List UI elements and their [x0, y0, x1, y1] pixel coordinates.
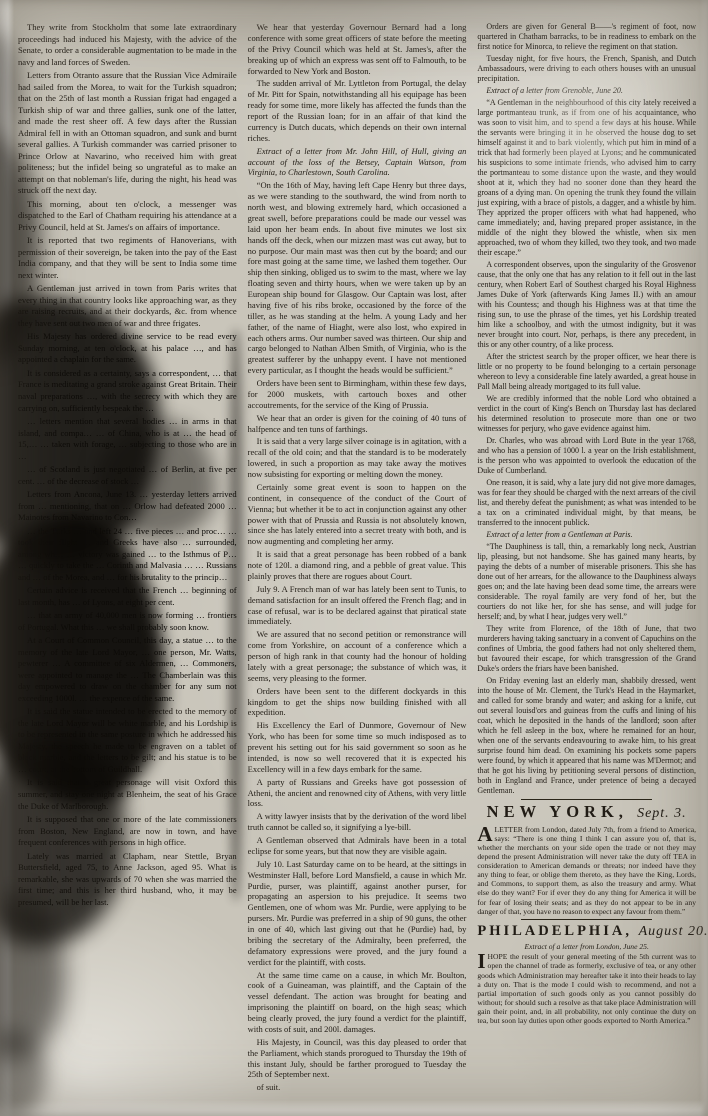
news-paragraph: Certain advice is received that the Fren… [18, 585, 237, 608]
news-paragraph: Orders have been sent to the different d… [248, 686, 467, 719]
news-paragraph: His Majesty, in Council, was this day pl… [248, 1037, 467, 1081]
column-right: Orders are given for General B——'s regim… [477, 22, 696, 1108]
news-paragraph: … of Scotland is just negotiated … of Be… [18, 464, 237, 487]
news-paragraph: It is said that a great personage will v… [18, 777, 237, 812]
news-paragraph: The sudden arrival of Mr. Lyttleton from… [248, 78, 467, 143]
news-paragraph: We hear that yesterday Governour Bernard… [248, 22, 467, 76]
news-paragraph: They write from Stockholm that some late… [18, 22, 237, 68]
paragraph-text: LETTER from London, dated July 7th, from… [477, 825, 696, 916]
news-paragraph: His Excellency the Earl of Dunmore, Gove… [248, 720, 467, 774]
news-paragraph: Extract of a letter from Mr. John Hill, … [248, 146, 467, 179]
news-paragraph: Dr. Charles, who was abroad with Lord Bu… [477, 436, 696, 476]
news-paragraph: On Friday evening last an elderly man, s… [477, 676, 696, 796]
news-paragraph: We are assured that no second petition o… [248, 629, 467, 683]
paragraph-text: HOPE the result of your general meeting … [477, 952, 696, 1025]
news-paragraph: of suit. [248, 1082, 467, 1093]
section-rule [521, 919, 652, 920]
news-paragraph: “On the 16th of May, having left Cape He… [248, 180, 467, 376]
news-paragraph: Certainly some great event is soon to ha… [248, 482, 467, 547]
letter-subhead: Extract of a letter from London, June 25… [477, 942, 696, 951]
news-paragraph: A party of Russians and Greeks have got … [248, 777, 467, 810]
news-paragraph: … the Turks … and left 24 … five pieces … [18, 526, 237, 584]
column-layout: They write from Stockholm that some late… [18, 22, 696, 1108]
news-paragraph: We hear that an order is given for the c… [248, 413, 467, 435]
dateline-date: August 20. [639, 924, 708, 939]
drop-cap: A [477, 825, 494, 842]
news-paragraph: Extract of a letter from Grenoble, June … [477, 86, 696, 96]
news-paragraph: This morning, about ten o'clock, a messe… [18, 199, 237, 234]
news-paragraph: … that an army of 40,000 men is now form… [18, 610, 237, 633]
news-paragraph: Orders have been sent to Birmingham, wit… [248, 378, 467, 411]
news-paragraph: “The Dauphiness is tall, thin, a remarka… [477, 542, 696, 622]
dateline-philadelphia: PHILADELPHIA, August 20. [477, 922, 696, 941]
news-paragraph: IHOPE the result of your general meeting… [477, 952, 696, 1025]
newspaper-page: They write from Stockholm that some late… [0, 0, 708, 1116]
dateline-date: Sept. 3. [637, 806, 687, 821]
news-paragraph: Tuesday night, for five hours, the Frenc… [477, 54, 696, 84]
news-paragraph: Letters from Otranto assure that the Rus… [18, 70, 237, 197]
news-paragraph: After the strictest search by the proper… [477, 352, 696, 392]
news-paragraph: It is supposed that one or more of the l… [18, 814, 237, 849]
news-paragraph: Orders are given for General B——'s regim… [477, 22, 696, 52]
dateline-new-york: NEW YORK, Sept. 3. [477, 802, 696, 823]
dateline-city: NEW YORK, [487, 802, 628, 821]
news-paragraph: We are credibly informed that the noble … [477, 394, 696, 434]
news-paragraph: A Gentleman observed that Admirals have … [248, 835, 467, 857]
column-middle: We hear that yesterday Governour Bernard… [248, 22, 467, 1108]
news-paragraph: … letters mention that several bodies … … [18, 416, 237, 462]
section-new-york: NEW YORK, Sept. 3. ALETTER from London, … [477, 799, 696, 916]
news-paragraph: Extract of a letter from a Gentleman at … [477, 530, 696, 540]
news-paragraph: July 9. A French man of war has lately b… [248, 584, 467, 628]
news-paragraph: Lately was married at Clapham, near Stet… [18, 851, 237, 909]
news-paragraph: It is reported that two regiments of Han… [18, 235, 237, 281]
drop-cap: I [477, 952, 487, 969]
news-paragraph: It is said that a great personage has be… [248, 549, 467, 582]
news-paragraph: “A Gentleman in the neighbourhood of thi… [477, 98, 696, 258]
dateline-city: PHILADELPHIA, [477, 923, 632, 939]
news-paragraph: It is considered as a certainty, says a … [18, 368, 237, 414]
news-paragraph: At a Court of Common Council, this day, … [18, 635, 237, 704]
news-paragraph: ALETTER from London, dated July 7th, fro… [477, 825, 696, 916]
column-left: They write from Stockholm that some late… [18, 22, 237, 1108]
news-paragraph: His Majesty has ordered divine service t… [18, 331, 237, 366]
news-paragraph: A Gentleman just arrived in town from Pa… [18, 283, 237, 329]
news-paragraph: July 10. Last Saturday came on to be hea… [248, 859, 467, 968]
news-paragraph: A witty lawyer insists that by the deriv… [248, 811, 467, 833]
news-paragraph: It is said the statue intended to be ere… [18, 706, 237, 775]
section-rule [521, 799, 652, 800]
news-paragraph: At the same time came on a cause, in whi… [248, 970, 467, 1035]
column-right-news: Orders are given for General B——'s regim… [477, 22, 696, 796]
news-paragraph: It is said that a very large silver coin… [248, 436, 467, 480]
news-paragraph: They write from Florence, of the 18th of… [477, 624, 696, 674]
news-paragraph: One reason, it is said, why a late jury … [477, 478, 696, 528]
news-paragraph: Letters from Ancona, June 13. … yesterda… [18, 489, 237, 524]
section-philadelphia: PHILADELPHIA, August 20. Extract of a le… [477, 919, 696, 1025]
news-paragraph: A correspondent observes, upon the singu… [477, 260, 696, 350]
